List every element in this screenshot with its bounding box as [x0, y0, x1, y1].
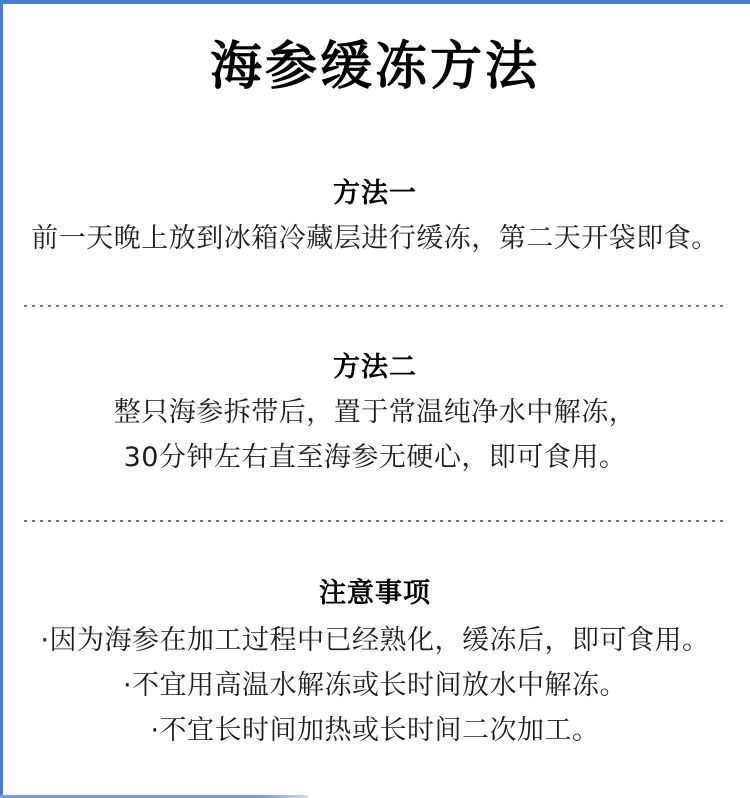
method-2-heading: 方法二: [0, 352, 750, 384]
notes-body: ·因为海参在加工过程中已经熟化，缓冻后，即可食用。 ·不宜用高温水解冻或长时间放…: [0, 618, 750, 753]
method-2-body: 整只海参拆带后，置于常温纯净水中解冻， 30分钟左右直至海参无硬心，即可食用。: [0, 390, 750, 480]
section-method-1: 方法一 前一天晚上放到冰箱冷藏层进行缓冻，第二天开袋即食。: [0, 178, 750, 261]
card-top-border-line: [0, 0, 750, 4]
method-1-body: 前一天晚上放到冰箱冷藏层进行缓冻，第二天开袋即食。: [0, 216, 750, 261]
page-title: 海参缓冻方法: [0, 0, 750, 98]
notes-line: ·不宜长时间加热或长时间二次加工。: [0, 708, 750, 753]
notes-line: ·因为海参在加工过程中已经熟化，缓冻后，即可食用。: [0, 618, 750, 663]
section-method-2: 方法二 整只海参拆带后，置于常温纯净水中解冻， 30分钟左右直至海参无硬心，即可…: [0, 352, 750, 480]
method-2-line: 整只海参拆带后，置于常温纯净水中解冻，: [0, 390, 750, 435]
section-notes: 注意事项 ·因为海参在加工过程中已经熟化，缓冻后，即可食用。 ·不宜用高温水解冻…: [0, 578, 750, 753]
method-1-heading: 方法一: [0, 178, 750, 210]
notes-heading: 注意事项: [0, 578, 750, 610]
dotted-divider: [24, 305, 726, 307]
notes-line: ·不宜用高温水解冻或长时间放水中解冻。: [0, 663, 750, 708]
instruction-card: 海参缓冻方法 方法一 前一天晚上放到冰箱冷藏层进行缓冻，第二天开袋即食。 方法二…: [0, 0, 750, 798]
dotted-divider: [24, 520, 726, 522]
method-2-line: 30分钟左右直至海参无硬心，即可食用。: [0, 435, 750, 480]
method-1-line: 前一天晚上放到冰箱冷藏层进行缓冻，第二天开袋即食。: [0, 216, 750, 261]
card-left-border-line: [0, 0, 3, 798]
